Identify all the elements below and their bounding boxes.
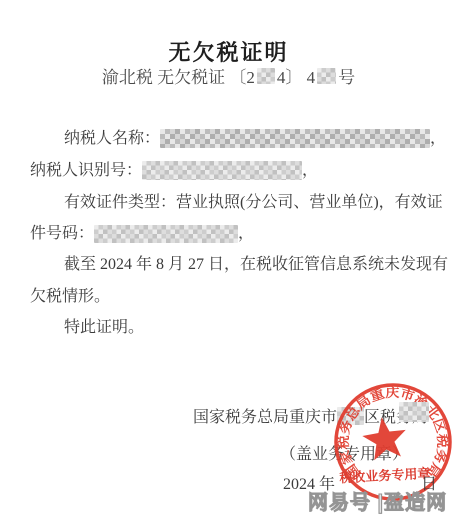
taxpayer-id-label: 纳税人识别号： xyxy=(30,161,142,180)
comma: ， xyxy=(302,161,318,180)
taxpayer-name-label: 纳税人名称： xyxy=(64,129,160,148)
certificate-type-line: 有效证件类型：营业执照(分公司、营业单位)，有效证 xyxy=(64,193,443,212)
redaction-mosaic xyxy=(142,161,302,180)
doc-number-part3: 号 xyxy=(338,63,355,88)
issuer-name-part1: 国家税务总局重庆市 xyxy=(193,404,337,427)
doc-number-part2: 4〕 4 xyxy=(277,63,315,88)
watermark-text: 网易号 |盈造网 xyxy=(308,486,447,515)
redaction-mosaic xyxy=(94,225,238,243)
taxpayer-id-line: 纳税人识别号： ， xyxy=(30,161,318,180)
statement-line-1: 截至 2024 年 8 月 27 日，在税收征管信息系统未发现有 xyxy=(64,255,448,274)
statement-text-1: 截至 2024 年 8 月 27 日，在税收征管信息系统未发现有 xyxy=(64,255,448,274)
statement-line-2: 欠税情形。 xyxy=(30,287,110,306)
certificate-number-label: 件号码： xyxy=(30,224,94,243)
certificate-page: 无欠税证明 渝北税 无欠税证 〔2 4〕 4 号 纳税人名称： ， 纳税人识别号… xyxy=(0,0,457,518)
hereby-certified-text: 特此证明。 xyxy=(64,318,144,337)
statement-text-2: 欠税情形。 xyxy=(30,287,110,306)
doc-number-line: 渝北税 无欠税证 〔2 4〕 4 号 xyxy=(0,63,457,88)
redaction-mosaic xyxy=(160,129,430,148)
doc-number-part1: 渝北税 无欠税证 〔2 xyxy=(102,63,255,88)
comma: ， xyxy=(238,224,254,243)
certificate-number-line: 件号码： ， xyxy=(30,224,254,243)
comma: ， xyxy=(430,129,446,148)
certificate-type-text: 有效证件类型：营业执照(分公司、营业单位)，有效证 xyxy=(64,193,443,212)
hereby-certified-line: 特此证明。 xyxy=(64,318,144,337)
taxpayer-name-line: 纳税人名称： ， xyxy=(64,129,446,148)
redaction-mosaic xyxy=(257,68,275,84)
redaction-mosaic xyxy=(399,402,429,422)
redaction-mosaic xyxy=(317,68,336,84)
